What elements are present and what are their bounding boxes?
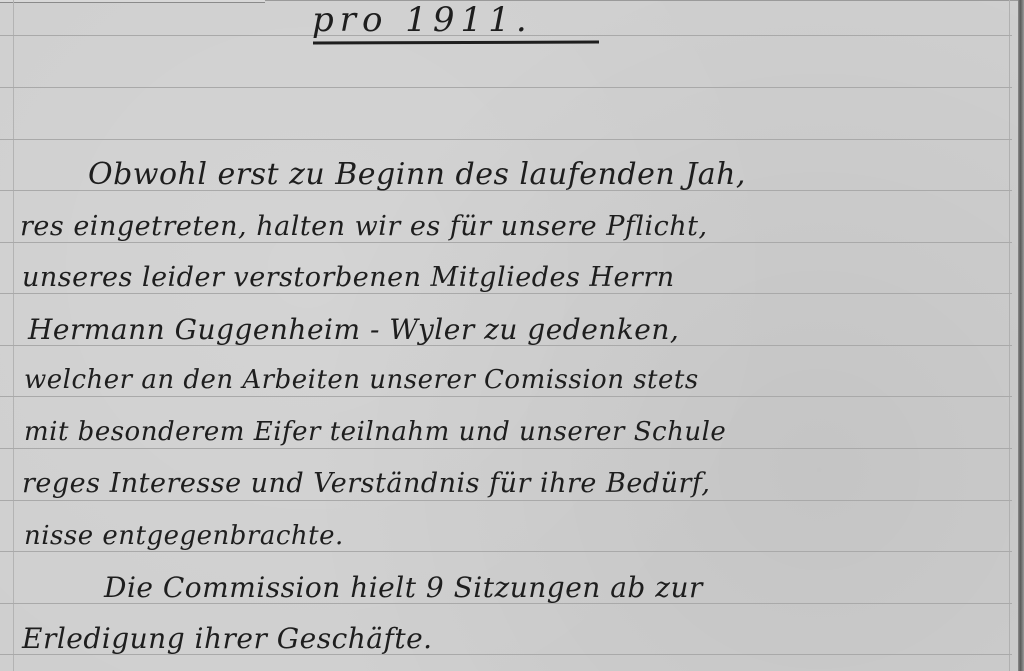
text-line-8: nisse entgegenbrachte. (24, 521, 344, 551)
page-title: pro 1911. (312, 0, 533, 40)
text-line-10: Erledigung ihrer Geschäfte. (22, 622, 433, 655)
top-paper-strip (0, 0, 265, 3)
text-line-5: welcher an den Arbeiten unserer Comissio… (24, 365, 699, 395)
ruled-line (0, 551, 1012, 552)
ruled-line (0, 500, 1012, 501)
ledger-page: pro 1911. Obwohl erst zu Beginn des lauf… (0, 0, 1024, 671)
ruled-line (0, 293, 1012, 294)
ruled-line (0, 87, 1012, 88)
left-margin-line (13, 0, 14, 671)
text-line-7: reges Interesse und Verständnis für ihre… (22, 468, 711, 499)
text-line-3: unseres leider verstorbenen Mitgliedes H… (22, 262, 675, 293)
text-line-1: Obwohl erst zu Beginn des laufenden Jah, (88, 157, 746, 192)
ruled-line (0, 242, 1012, 243)
ruled-line (0, 139, 1012, 140)
ruled-line (0, 448, 1012, 449)
right-margin-line (1009, 0, 1010, 671)
text-line-2: res eingetreten, halten wir es für unser… (20, 211, 708, 242)
ruled-line (0, 396, 1012, 397)
page-right-edge (1018, 0, 1024, 671)
text-line-9: Die Commission hielt 9 Sitzungen ab zur (104, 571, 703, 604)
text-line-4: Hermann Guggenheim - Wyler zu gedenken, (28, 313, 679, 346)
title-underline (313, 41, 599, 45)
text-line-6: mit besonderem Eifer teilnahm und unsere… (24, 417, 726, 447)
